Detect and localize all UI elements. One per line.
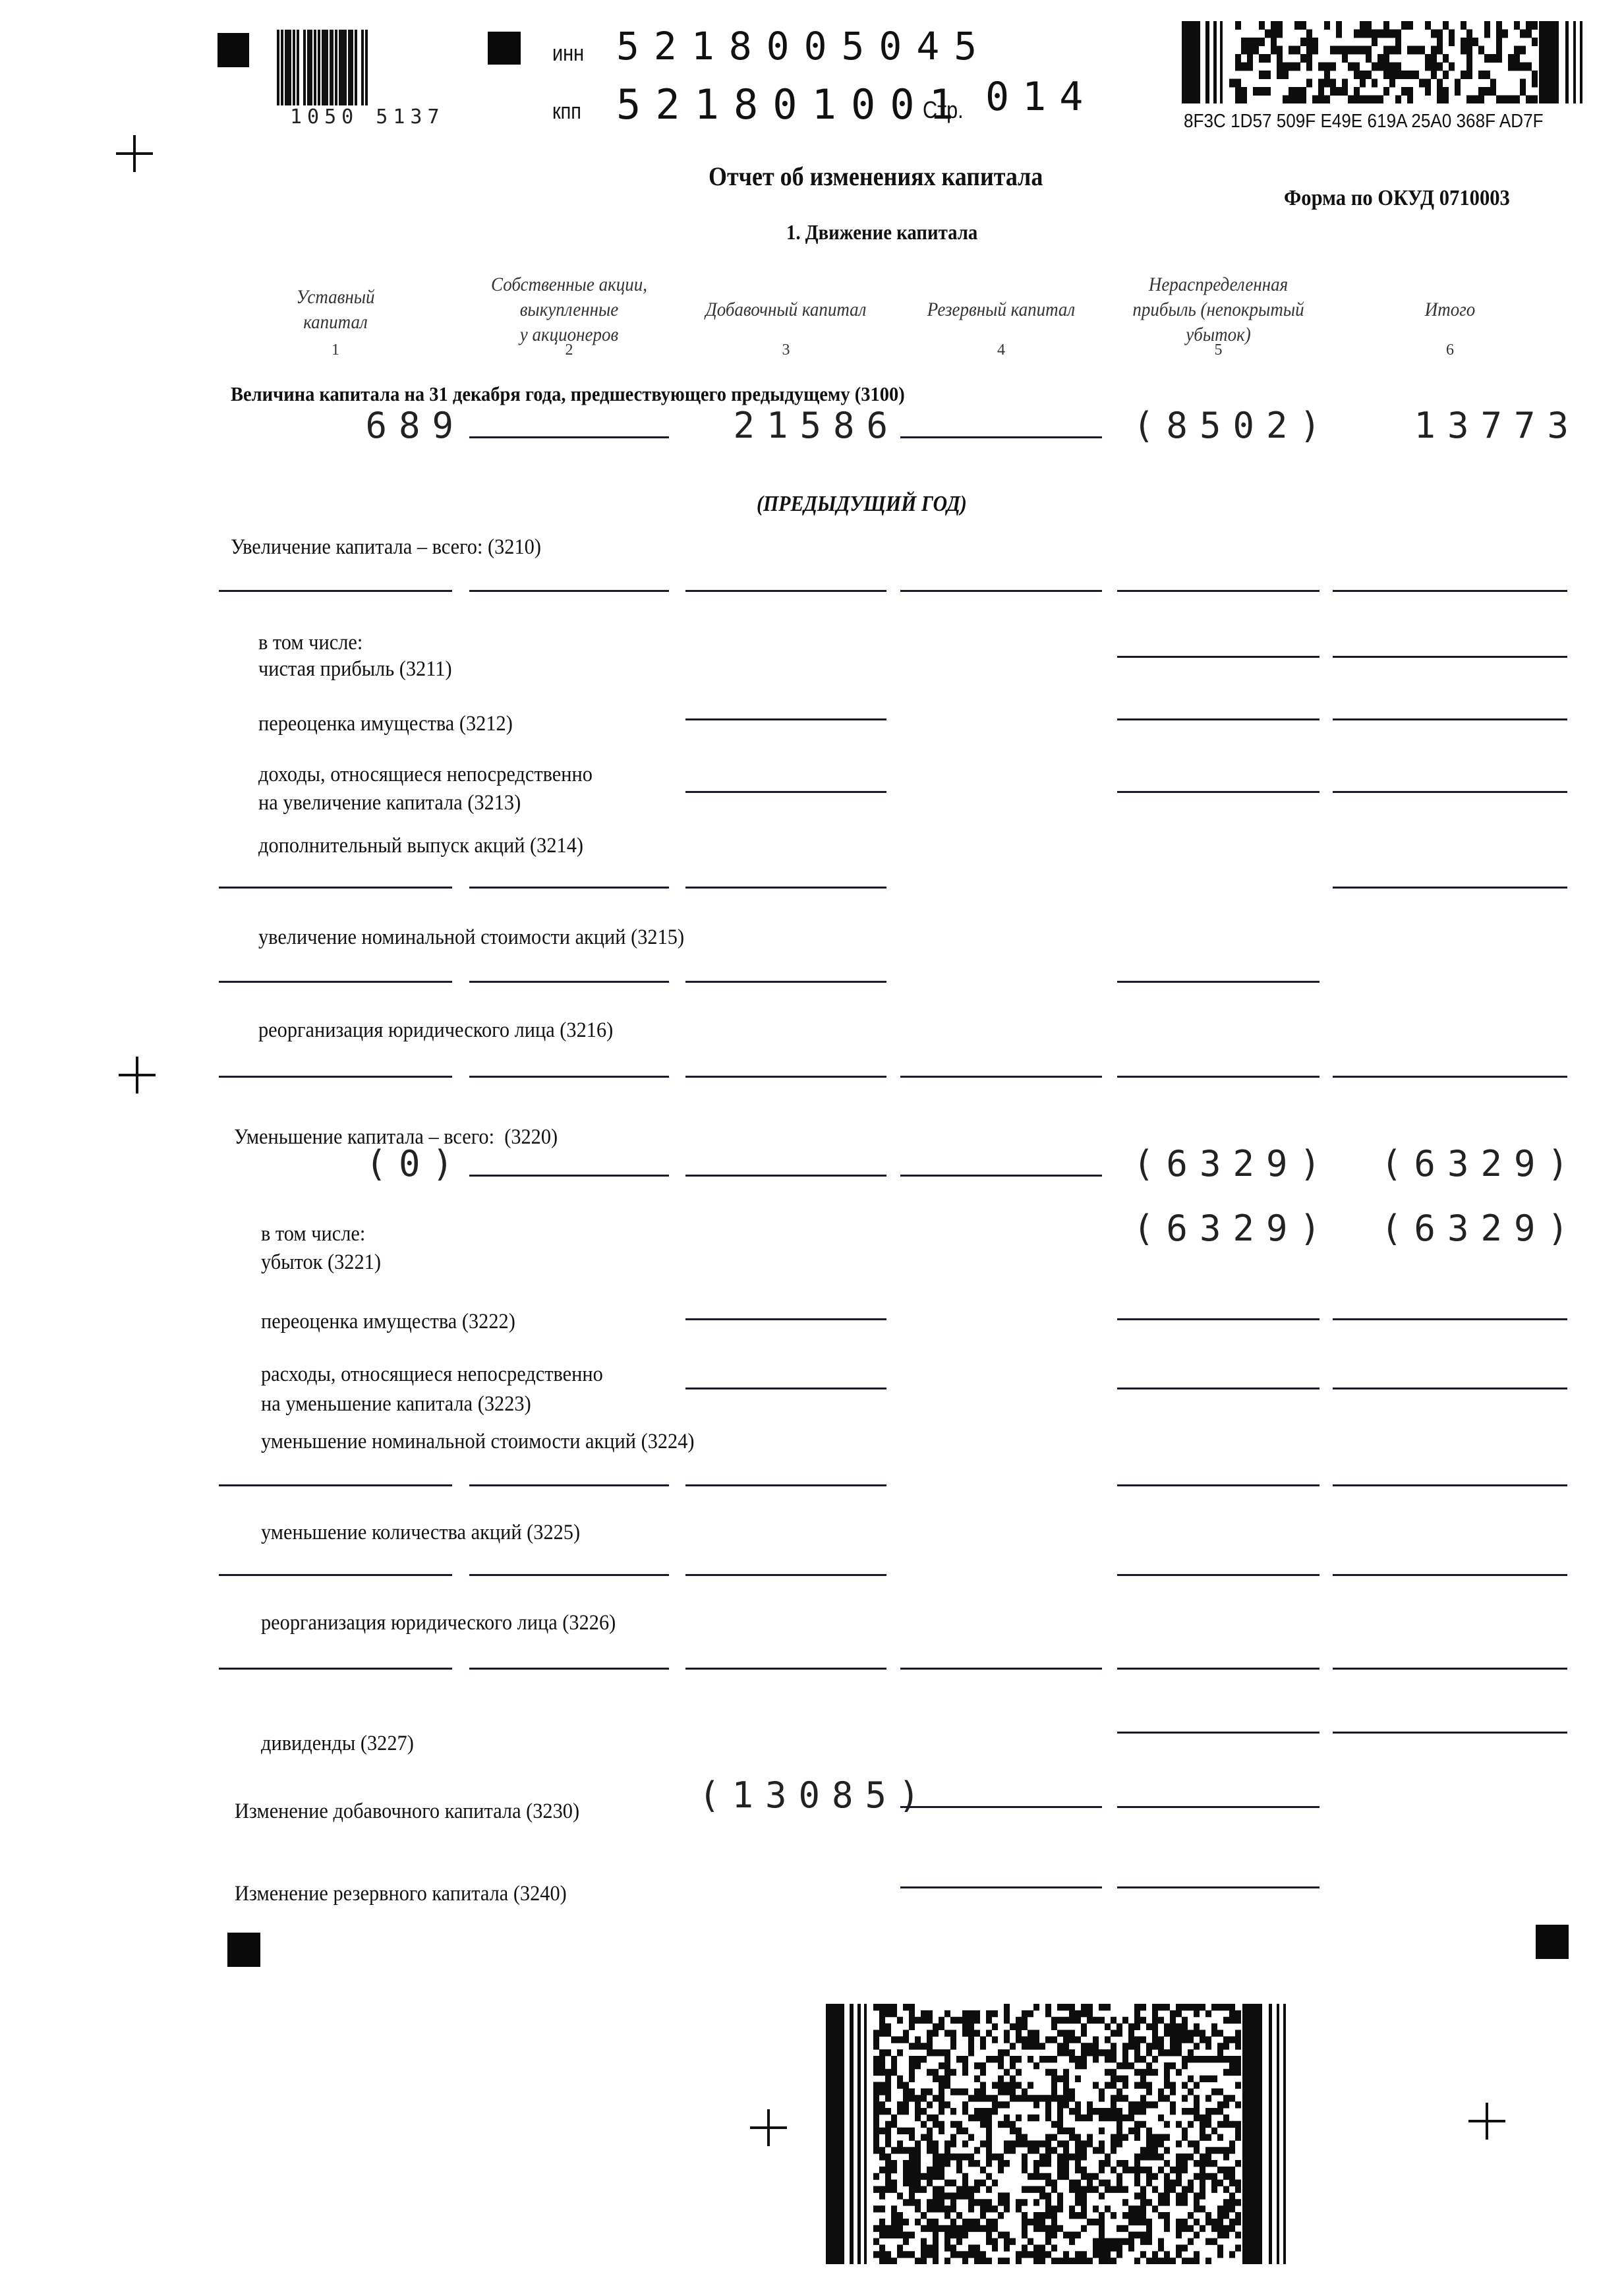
empty-value-dash-3213-col6 — [1333, 791, 1567, 793]
empty-value-dash-3223-col5 — [1117, 1387, 1319, 1389]
registration-cross-bottom-right — [1468, 2103, 1505, 2140]
empty-value-dash-3223-col6 — [1333, 1387, 1567, 1389]
alignment-marker-bottom-right — [1536, 1925, 1569, 1959]
column-number-6: 6 — [1437, 341, 1463, 359]
row-label-in-that-number-1: в том числе: — [258, 629, 362, 656]
empty-value-dash-3215-col5 — [1117, 981, 1319, 983]
row-label-3210: Увеличение капитала – всего: (3210) — [231, 534, 541, 560]
page-label: Стр. — [923, 96, 964, 124]
empty-value-dash-3240-col4 — [900, 1886, 1102, 1888]
pdf417-barcode-bottom — [826, 2004, 1287, 2264]
column-header-line: капитал — [219, 310, 453, 335]
empty-value-dash-3224-col5 — [1117, 1484, 1319, 1486]
value-3220-col6: (6329) — [1346, 1143, 1580, 1184]
empty-value-dash-3214-col3 — [685, 887, 886, 889]
column-header-line: прибыль (непокрытый — [1115, 297, 1321, 322]
empty-value-dash-3225-col3 — [685, 1574, 886, 1576]
empty-value-dash-3222-col5 — [1117, 1318, 1319, 1320]
row-label-3213-line1: доходы, относящиеся непосредственно — [258, 761, 593, 788]
empty-value-dash-3210-col2 — [469, 590, 669, 592]
empty-value-dash-3214-col1 — [219, 887, 452, 889]
empty-value-dash-3214-col2 — [469, 887, 669, 889]
row-label-3222: переоценка имущества (3222) — [261, 1308, 515, 1335]
empty-value-dash-3216-col5 — [1117, 1076, 1319, 1078]
empty-value-dash-3226-col4 — [900, 1668, 1102, 1670]
empty-value-dash-3214-col6 — [1333, 887, 1567, 889]
column-header-line: Нераспределенная — [1115, 272, 1321, 297]
pdf417-code-text: 8F3C 1D57 509F E49E 619A 25A0 368F AD7F — [1184, 111, 1544, 132]
empty-value-dash-3211-col6 — [1333, 656, 1567, 658]
empty-value-dash-3220-col3 — [685, 1175, 886, 1177]
column-header-line: Итого — [1333, 297, 1567, 322]
column-header-1: Уставныйкапитал — [219, 285, 453, 335]
empty-value-dash-3210-col3 — [685, 590, 886, 592]
form-page: 1050 5137 ИНН 5218005045 КПП 521801001 С… — [0, 0, 1624, 2278]
empty-value-dash-3216-col4 — [900, 1076, 1102, 1078]
registration-cross-bottom-mid — [750, 2109, 787, 2146]
empty-value-dash-3226-col2 — [469, 1668, 669, 1670]
alignment-marker-bottom-left — [227, 1933, 260, 1967]
inn-label: ИНН — [552, 41, 584, 67]
period-title: (ПРЕДЫДУЩИЙ ГОД) — [757, 492, 967, 517]
row-label-3211: чистая прибыль (3211) — [258, 656, 452, 682]
value-3100-col1: 689 — [232, 405, 465, 446]
empty-value-dash-3210-col4 — [900, 590, 1102, 592]
row-label-3226: реорганизация юридического лица (3226) — [261, 1610, 616, 1636]
alignment-marker-top-mid — [488, 32, 521, 65]
row-label-3100: Величина капитала на 31 декабря года, пр… — [231, 381, 905, 407]
empty-value-dash-3220-col4 — [900, 1175, 1102, 1177]
empty-value-dash-3224-col1 — [219, 1484, 452, 1486]
row-label-3230: Изменение добавочного капитала (3230) — [235, 1798, 579, 1825]
empty-value-dash-3216-col1 — [219, 1076, 452, 1078]
empty-value-dash-3227-col5 — [1117, 1732, 1319, 1734]
row-label-3223-line2: на уменьшение капитала (3223) — [261, 1391, 531, 1417]
column-header-3: Добавочный капитал — [683, 297, 888, 322]
empty-value-dash-3210-col5 — [1117, 590, 1319, 592]
empty-value-dash-3212-col3 — [685, 718, 886, 720]
row-label-3223-line1: расходы, относящиеся непосредственно — [261, 1361, 603, 1387]
registration-cross-top-left — [116, 135, 153, 172]
column-header-line: Собственные акции, — [467, 272, 671, 297]
empty-value-dash-3216-col2 — [469, 1076, 669, 1078]
barcode-number: 1050 5137 — [290, 105, 445, 129]
column-number-2: 2 — [556, 341, 583, 359]
value-3220-col1: (0) — [232, 1143, 465, 1184]
empty-value-dash-3226-col1 — [219, 1668, 452, 1670]
column-header-line: выкупленные — [467, 297, 671, 322]
empty-value-dash-3222-col6 — [1333, 1318, 1567, 1320]
column-number-5: 5 — [1205, 341, 1232, 359]
empty-value-dash-3222-col3 — [685, 1318, 886, 1320]
empty-value-dash-3226-col3 — [685, 1668, 886, 1670]
empty-value-dash-3211-col5 — [1117, 656, 1319, 658]
row-label-3225: уменьшение количества акций (3225) — [261, 1519, 580, 1546]
row-label-3224: уменьшение номинальной стоимости акций (… — [261, 1428, 695, 1455]
section-title: 1. Движение капитала — [786, 220, 977, 245]
value-3221-col5: (6329) — [1130, 1208, 1333, 1249]
row-label-3212: переоценка имущества (3212) — [258, 711, 513, 737]
empty-value-dash-3216-col3 — [685, 1076, 886, 1078]
page-number: 014 — [985, 74, 1096, 120]
empty-value-dash-3213-col3 — [685, 791, 886, 793]
form-okud-code: Форма по ОКУД 0710003 — [1284, 186, 1510, 211]
empty-value-dash-3210-col6 — [1333, 590, 1567, 592]
kpp-label: КПП — [552, 99, 581, 125]
report-title: Отчет об изменениях капитала — [709, 161, 1043, 192]
column-header-2: Собственные акции,выкупленныеу акционеро… — [467, 272, 671, 347]
empty-value-dash-3225-col1 — [219, 1574, 452, 1576]
empty-value-dash-3227-col6 — [1333, 1732, 1567, 1734]
empty-value-dash-3100-col4 — [900, 436, 1102, 438]
linear-barcode — [277, 30, 372, 105]
empty-value-dash-3212-col6 — [1333, 718, 1567, 720]
empty-value-dash-3225-col2 — [469, 1574, 669, 1576]
pdf417-barcode-top — [1182, 21, 1584, 103]
column-header-6: Итого — [1333, 297, 1567, 322]
row-label-3227: дивиденды (3227) — [261, 1730, 414, 1757]
empty-value-dash-3223-col3 — [685, 1387, 886, 1389]
row-label-3213-line2: на увеличение капитала (3213) — [258, 790, 521, 816]
empty-value-dash-3224-col2 — [469, 1484, 669, 1486]
row-label-3214: дополнительный выпуск акций (3214) — [258, 832, 583, 859]
empty-value-dash-3100-col2 — [469, 436, 669, 438]
row-label-3221: убыток (3221) — [261, 1249, 381, 1275]
empty-value-dash-3226-col6 — [1333, 1668, 1567, 1670]
row-label-3216: реорганизация юридического лица (3216) — [258, 1017, 613, 1043]
column-header-line: Уставный — [219, 285, 453, 310]
empty-value-dash-3225-col5 — [1117, 1574, 1319, 1576]
empty-value-dash-3225-col6 — [1333, 1574, 1567, 1576]
value-3220-col5: (6329) — [1130, 1143, 1333, 1184]
empty-value-dash-3224-col6 — [1333, 1484, 1567, 1486]
empty-value-dash-3215-col2 — [469, 981, 669, 983]
empty-value-dash-3215-col1 — [219, 981, 452, 983]
empty-value-dash-3210-col1 — [219, 590, 452, 592]
value-3100-col5: (8502) — [1130, 405, 1333, 446]
empty-value-dash-3224-col3 — [685, 1484, 886, 1486]
empty-value-dash-3212-col5 — [1117, 718, 1319, 720]
value-3100-col6: 13773 — [1346, 405, 1580, 446]
empty-value-dash-3216-col6 — [1333, 1076, 1567, 1078]
empty-value-dash-3220-col2 — [469, 1175, 669, 1177]
column-header-4: Резервный капитал — [898, 297, 1103, 322]
empty-value-dash-3230-col4 — [900, 1806, 1102, 1808]
value-3221-col6: (6329) — [1346, 1208, 1580, 1249]
empty-value-dash-3226-col5 — [1117, 1668, 1319, 1670]
row-label-in-that-number-2: в том числе: — [261, 1221, 365, 1247]
column-number-1: 1 — [322, 341, 349, 359]
value-3230-col3: (13085) — [699, 1774, 900, 1816]
empty-value-dash-3215-col3 — [685, 981, 886, 983]
value-3100-col3: 21586 — [699, 405, 900, 446]
empty-value-dash-3240-col5 — [1117, 1886, 1319, 1888]
empty-value-dash-3230-col5 — [1117, 1806, 1319, 1808]
inn-value: 5218005045 — [616, 24, 991, 69]
column-number-3: 3 — [773, 341, 799, 359]
registration-cross-mid-left — [119, 1057, 156, 1094]
column-header-line: Добавочный капитал — [683, 297, 888, 322]
empty-value-dash-3213-col5 — [1117, 791, 1319, 793]
kpp-value: 521801001 — [616, 80, 968, 129]
column-header-5: Нераспределеннаяприбыль (непокрытыйубыто… — [1115, 272, 1321, 347]
row-label-3240: Изменение резервного капитала (3240) — [235, 1881, 567, 1907]
alignment-marker-top-left — [217, 33, 249, 67]
column-header-line: Резервный капитал — [898, 297, 1103, 322]
row-label-3215: увеличение номинальной стоимости акций (… — [258, 924, 684, 950]
column-number-4: 4 — [988, 341, 1014, 359]
